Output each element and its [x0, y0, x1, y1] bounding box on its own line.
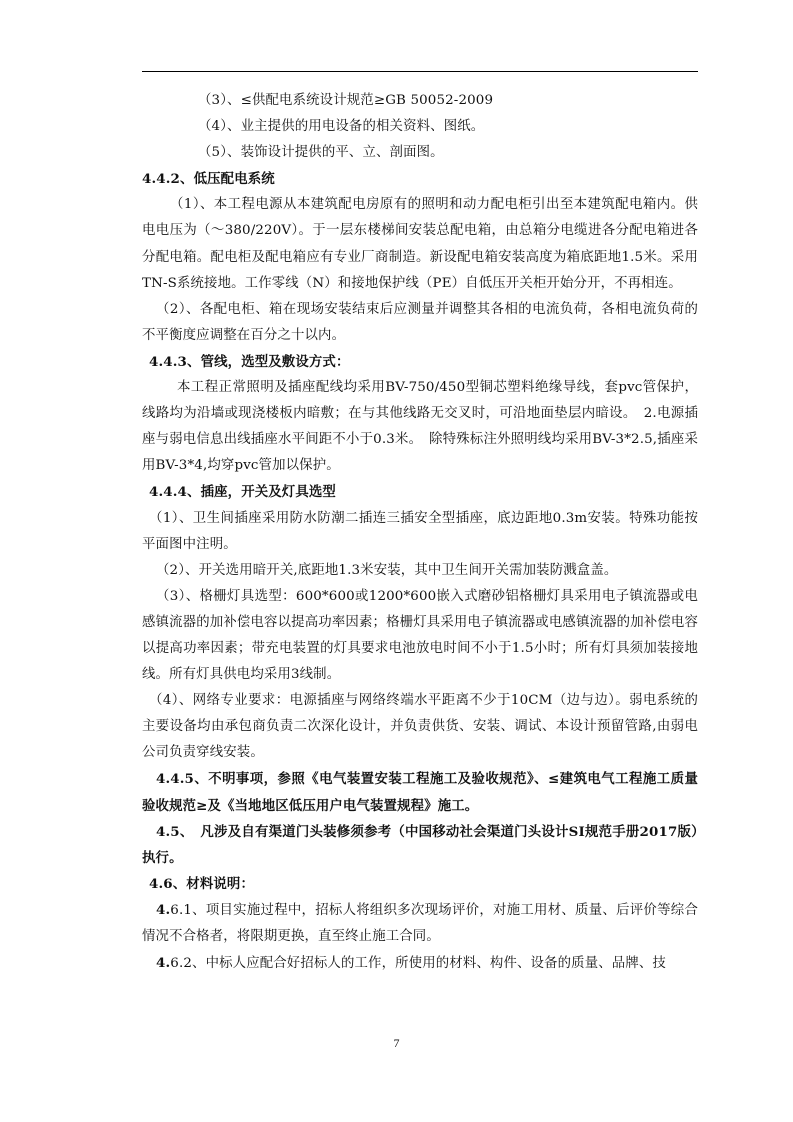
paragraph: （3）、格栅灯具选型：600*600或1200*600嵌入式磨砂铝格栅灯具采用电… [142, 584, 698, 688]
reference-item: （5）、装饰设计提供的平、立、剖面图。 [142, 140, 698, 166]
section-heading-4-4-2: 4.4.2、低压配电系统 [142, 166, 698, 192]
item-number: 4. [156, 902, 170, 918]
paragraph: 本工程正常照明及插座配线均采用BV-750/450型铜芯塑料绝缘导线，套pvc管… [142, 375, 698, 479]
paragraph: （4）、网络专业要求：电源插座与网络终端水平距离不少于10CM（边与边）。弱电系… [142, 688, 698, 766]
section-4-4-5: 4.4.5、不明事项，参照《电气装置安装工程施工及验收规范》、≤建筑电气工程施工… [142, 766, 698, 818]
section-heading-4-4-3: 4.4.3、管线，选型及敷设方式： [142, 349, 698, 375]
paragraph: （2）、开关选用暗开关,底距地1.3米安装，其中卫生间开关需加装防溅盒盖。 [142, 558, 698, 584]
item-text: 6.1、项目实施过程中，招标人将组织多次现场评价，对施工用材、质量、后评价等综合… [142, 903, 698, 944]
paragraph: （2）、各配电柜、箱在现场安装结束后应测量并调整其各相的电流负荷，各相电流负荷的… [142, 297, 698, 349]
document-body: （3）、≤供配电系统设计规范≥GB 50052-2009 （4）、业主提供的用电… [142, 88, 698, 977]
paragraph-4-6-1: 4.6.1、项目实施过程中，招标人将组织多次现场评价，对施工用材、质量、后评价等… [142, 897, 698, 950]
item-number: 4. [156, 955, 170, 971]
section-4-5: 4.5、 凡涉及自有渠道门头装修须参考（中国移动社会渠道门头设计SI规范手册20… [142, 819, 698, 871]
paragraph-4-6-2: 4.6.2、中标人应配合好招标人的工作，所使用的材料、构件、设备的质量、品牌、技 [142, 950, 698, 977]
section-heading-4-6: 4.6、材料说明： [142, 871, 698, 897]
paragraph: （1）、本工程电源从本建筑配电房原有的照明和动力配电柜引出至本建筑配电箱内。供电… [142, 192, 698, 296]
item-text: 6.2、中标人应配合好招标人的工作，所使用的材料、构件、设备的质量、品牌、技 [170, 956, 666, 971]
page-number: 7 [0, 1036, 793, 1051]
section-heading-4-4-4: 4.4.4、插座，开关及灯具选型 [142, 479, 698, 505]
header-rule [142, 71, 698, 72]
paragraph: （1）、卫生间插座采用防水防潮二插连三插安全型插座，底边距地0.3m安装。特殊功… [142, 506, 698, 558]
reference-item: （4）、业主提供的用电设备的相关资料、图纸。 [142, 114, 698, 140]
reference-item: （3）、≤供配电系统设计规范≥GB 50052-2009 [142, 88, 698, 114]
